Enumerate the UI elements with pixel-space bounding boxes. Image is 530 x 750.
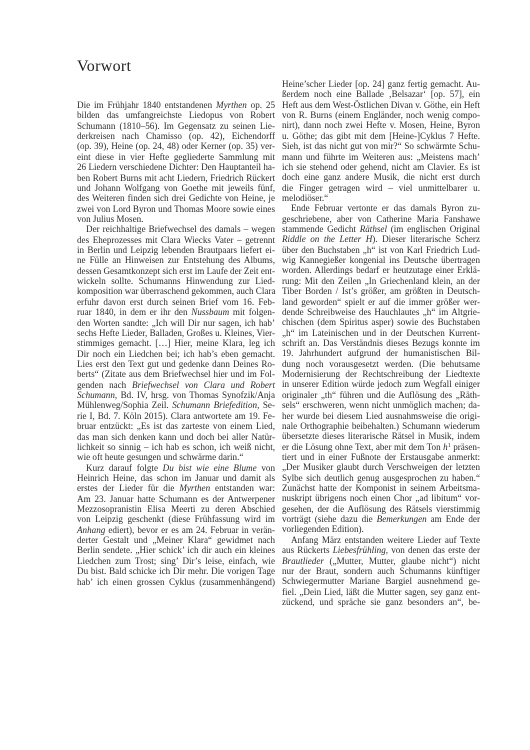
text-line: ben Robert Burns mit acht Liedern, Fried… bbox=[77, 173, 275, 183]
text-line: originaler „th“ führen und die Auflösung… bbox=[282, 390, 480, 400]
text-line: das man sich denken kann und doch bei al… bbox=[77, 432, 275, 442]
text-line: Tiber Borden / Ist’s größer, am größten … bbox=[282, 286, 480, 296]
text-line: des Weiteren finden sich drei Gedichte v… bbox=[77, 193, 275, 203]
text-line: dung noch vorausgesetzt werden. (Die beh… bbox=[282, 359, 480, 369]
text-line: doch eine ganz andere Musik, die nicht e… bbox=[282, 172, 480, 182]
text-line: Liedchen zum Trost; sing’ Dir’s leise, e… bbox=[77, 556, 275, 566]
text-line: von R. Burns (einem Engländer, noch weni… bbox=[282, 110, 480, 120]
text-line: Berlin sendete. „Hier schick’ ich dir au… bbox=[77, 545, 275, 555]
text-line: sechs Hefte Lieder, Balladen, Großes u. … bbox=[77, 328, 275, 338]
text-line: ich sie stehend oder gehend, nicht am Cl… bbox=[282, 162, 480, 172]
text-line: von Julius Mosen. bbox=[77, 214, 275, 224]
text-line: Modernisierung der Rechtschreibung der L… bbox=[282, 369, 480, 379]
text-line: rie I, Bd. 7. Köln 2015). Clara antworte… bbox=[77, 411, 275, 421]
text-line: des Eheprozesses mit Clara Wiecks Vater … bbox=[77, 235, 275, 245]
text-line: genden nach Briefwechsel von Clara und R… bbox=[77, 380, 275, 390]
text-line: dessen Gesamtkonzept sich erst im Laufe … bbox=[77, 266, 275, 276]
text-line: fiel. „Dein Lied, läßt die Mutter sagen,… bbox=[282, 587, 480, 597]
text-line: 19. Jahrhundert aufgrund der humanistisc… bbox=[282, 348, 480, 358]
left-text-column: Die im Frühjahr 1840 entstandenen Myrthe… bbox=[77, 100, 275, 587]
text-line: Die im Frühjahr 1840 entstandenen Myrthe… bbox=[77, 100, 275, 110]
text-line: „h“ im Lateinischen und in der Deutschen… bbox=[282, 328, 480, 338]
text-line: Lies erst den Text gut und gedenke dann … bbox=[77, 359, 275, 369]
text-line: erstes der Lieder für die Myrthen entsta… bbox=[77, 483, 275, 493]
text-line: stimmiges gemacht. […] Hier, meine Klara… bbox=[77, 338, 275, 348]
right-text-column: Heine’scher Lieder [op. 24] ganz fertig … bbox=[282, 79, 480, 607]
text-line: Der reichhaltige Briefwechsel des damals… bbox=[77, 224, 275, 234]
text-line: stammende Gedicht Räthsel (im englischen… bbox=[282, 224, 480, 234]
text-line: bilden das umfangreichste Liedopus von R… bbox=[77, 110, 275, 120]
text-line: (op. 39), Heine (op. 24, 48) oder Kerner… bbox=[77, 141, 275, 151]
text-line: schrift an. Das Verständnis dieses Bezug… bbox=[282, 338, 480, 348]
text-line: zückend, und spräche sie ganz besonders … bbox=[282, 597, 480, 607]
text-line: land geworden“ spielt er auf die immer g… bbox=[282, 297, 480, 307]
text-line: gesehen, der die Auflösung des Rätsels v… bbox=[282, 504, 480, 514]
text-line: nale Orthographie beibehalten.) Schumann… bbox=[282, 421, 480, 431]
text-line: u. Göthe; das gibt mit dem [Heine-]Cyklu… bbox=[282, 131, 480, 141]
text-line: tiert und in einer Fußnote der Erstausga… bbox=[282, 452, 480, 462]
text-line: vorträgt (siehe dazu die Bemerkungen am … bbox=[282, 514, 480, 524]
document-page: Vorwort Die im Frühjahr 1840 entstandene… bbox=[0, 0, 530, 750]
text-line: geschriebene, aber von Catherine Maria F… bbox=[282, 214, 480, 224]
text-line: Sylbe sich deutlich genug ausgesprochen … bbox=[282, 473, 480, 483]
text-line: melodiöser.“ bbox=[282, 193, 480, 203]
text-line: rung: Mit den Zeilen „In Griechenland kl… bbox=[282, 276, 480, 286]
text-line: erfuhr davon erst durch seinen Brief vom… bbox=[77, 297, 275, 307]
text-line: über den Buchstaben „h“ ist von Karl Fri… bbox=[282, 245, 480, 255]
text-line: von Leipzig geschenkt (diese Frühfassung… bbox=[77, 514, 275, 524]
text-line: Heine’scher Lieder [op. 24] ganz fertig … bbox=[282, 79, 480, 89]
text-line: Kurz darauf folgte Du bist wie eine Blum… bbox=[77, 463, 275, 473]
text-line: aus Rückerts Liebesfrühling, von denen d… bbox=[282, 545, 480, 555]
text-line: wie oft heute gesungen und schwärme dari… bbox=[77, 452, 275, 462]
text-line: wig Kannegießer kongenial ins Deutsche ü… bbox=[282, 255, 480, 265]
text-line: Heft aus dem West-Östlichen Divan v. Göt… bbox=[282, 100, 480, 110]
text-line: „Der Musiker glaubt durch Verschweigen d… bbox=[282, 462, 480, 472]
text-line: derter Gestalt und „Meiner Klara“ gewidm… bbox=[77, 535, 275, 545]
page-title: Vorwort bbox=[77, 58, 131, 76]
text-line: Du bist. Bald schicke ich Dir mehr. Die … bbox=[77, 566, 275, 576]
text-line: Mezzosopranistin Elisa Meerti zu deren A… bbox=[77, 504, 275, 514]
text-line: her wurde bei diesem Lied ausnahmsweise … bbox=[282, 411, 480, 421]
text-line: Dir noch ein Liedchen bei; ich hab’s ebe… bbox=[77, 349, 275, 359]
text-line: er die Lösung ohne Text, aber mit dem To… bbox=[282, 442, 480, 452]
text-line: ruar 1840, in dem er ihr den Nussbaum mi… bbox=[77, 307, 275, 317]
text-line: mann und führte im Weiteren aus: „Meiste… bbox=[282, 152, 480, 162]
text-line: in Berlin und Leipzig lebenden Brautpaar… bbox=[77, 245, 275, 255]
text-line: den Worten sandte: „Ich will Dir nur sag… bbox=[77, 318, 275, 328]
text-line: worden. Allerdings bedarf er heutzutage … bbox=[282, 265, 480, 275]
text-line: chischen (dem Spiritus asper) sowie des … bbox=[282, 317, 480, 327]
text-line: Schumann, Bd. IV, hrsg. von Thomas Synof… bbox=[77, 390, 275, 400]
text-line: nirt), dann noch zwei Hefte v. Mosen, He… bbox=[282, 120, 480, 130]
text-line: vorliegenden Edition). bbox=[282, 524, 480, 534]
text-line: derkreisen nach Chamisso (op. 42), Eiche… bbox=[77, 131, 275, 141]
text-line: Sieh, ist das nicht gut von mir?“ So sch… bbox=[282, 141, 480, 151]
text-line: Zunächst hatte der Komponist in seinem A… bbox=[282, 483, 480, 493]
text-line: und Johann Wolfgang von Goethe mit jewei… bbox=[77, 183, 275, 193]
text-line: Mühlenweg/Sophia Zeil. Schumann Briefedi… bbox=[77, 400, 275, 410]
text-line: zwei von Lord Byron und Thomas Moore sow… bbox=[77, 204, 275, 214]
text-line: sels“ erschweren, wenn nicht unmöglich m… bbox=[282, 400, 480, 410]
text-line: übersetzte dieses literarische Rätsel in… bbox=[282, 431, 480, 441]
text-line: bruar entzückt: „Es ist das zarteste von… bbox=[77, 421, 275, 431]
text-line: nur der Braut, sondern auch Schumanns kü… bbox=[282, 566, 480, 576]
text-line: in unserer Edition würde jedoch zum Wegf… bbox=[282, 379, 480, 389]
text-line: Schwiegermutter Mariane Bargiel ausnehme… bbox=[282, 576, 480, 586]
text-line: ne Fülle an Hinweisen zur Entstehung des… bbox=[77, 255, 275, 265]
text-line: Schumann (1810–56). Im Gegensatz zu sein… bbox=[77, 121, 275, 131]
text-line: Brautlieder („Mutter, Mutter, glaube nic… bbox=[282, 556, 480, 566]
text-line: Am 23. Januar hatte Schumann es der Antw… bbox=[77, 494, 275, 504]
text-line: Anfang März entstanden weitere Lieder au… bbox=[282, 535, 480, 545]
text-line: Riddle on the Letter H). Dieser literari… bbox=[282, 234, 480, 244]
text-line: Anhang ediert), bevor er es am 24. Febru… bbox=[77, 525, 275, 535]
text-line: wickeln sollte. Schumanns Hinwendung zur… bbox=[77, 276, 275, 286]
text-line: berts“ (Zitate aus dem Briefwechsel hier… bbox=[77, 369, 275, 379]
text-line: hab’ ich einen grossen Cyklus (zusammenh… bbox=[77, 577, 275, 587]
text-line: nuskript übrigens noch einen Chor „ad li… bbox=[282, 493, 480, 503]
text-line: 26 Liedern verschiedene Dichter: Den Hau… bbox=[77, 162, 275, 172]
text-line: ßerdem noch eine Ballade ‚Belsazar‘ [op.… bbox=[282, 89, 480, 99]
text-line: Heinrich Heine, das schon im Januar und … bbox=[77, 473, 275, 483]
text-line: dende Schreibweise des Hauchlautes „h“ i… bbox=[282, 307, 480, 317]
text-line: Ende Februar vertonte er das damals Byro… bbox=[282, 203, 480, 213]
text-line: lichkeit so sinnig – ich hab es schon, i… bbox=[77, 442, 275, 452]
text-line: eint diese in vier Hefte gegliederte Sam… bbox=[77, 152, 275, 162]
text-line: komposition war überraschend gekommen, a… bbox=[77, 286, 275, 296]
text-line: die Finger getragen wird – viel unmittel… bbox=[282, 183, 480, 193]
